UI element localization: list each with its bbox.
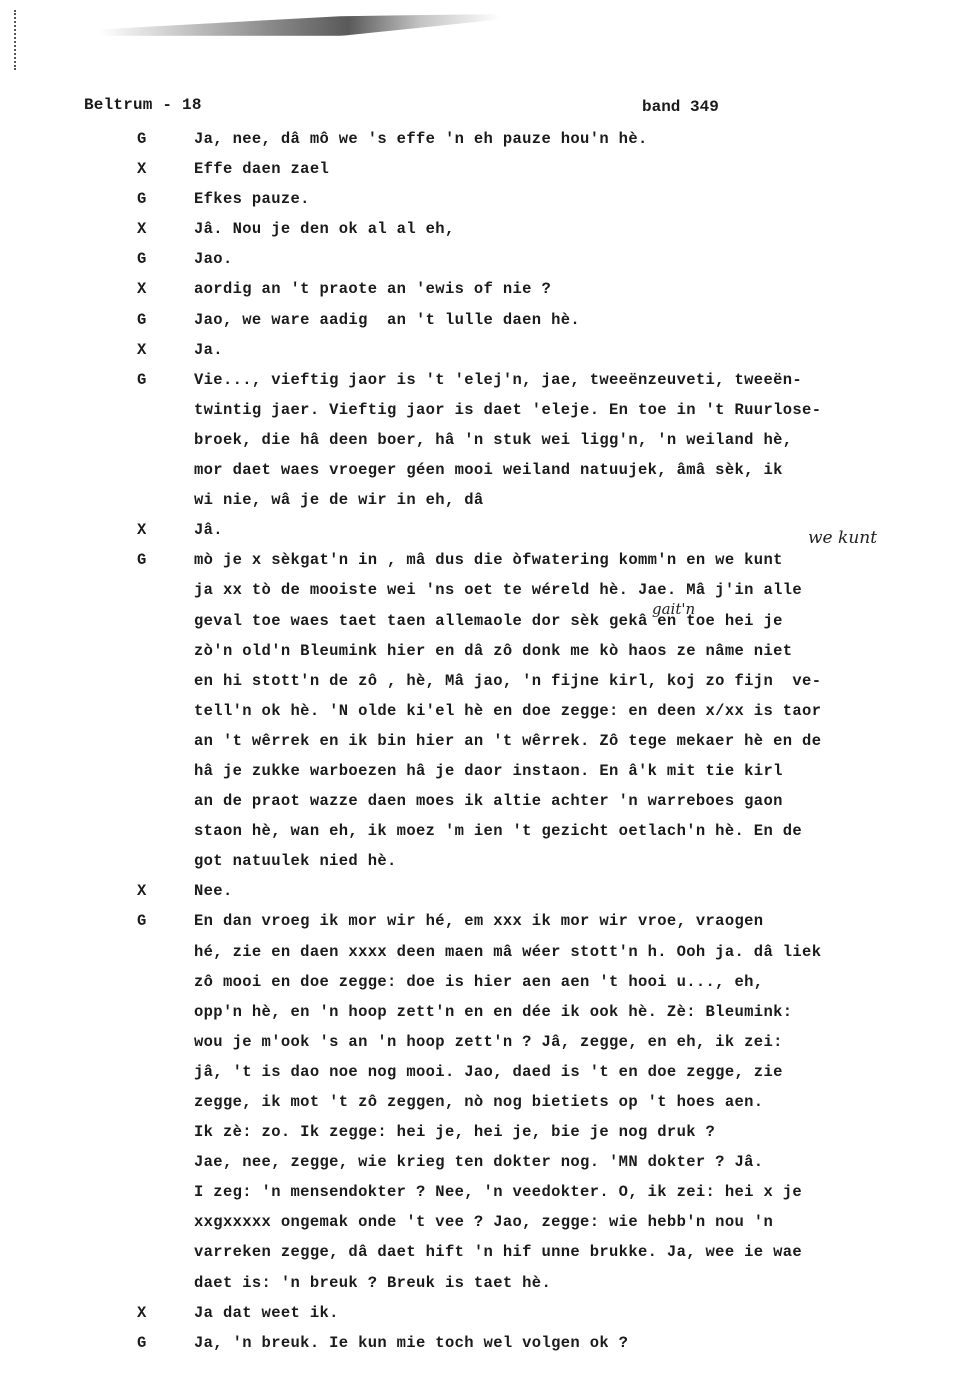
line-text: wou je m'ook 's an 'n hoop zett'n ? Jâ, … — [194, 1033, 783, 1051]
scan-smudge-artifact — [100, 14, 500, 36]
line-text: Ja, nee, dâ mô we 's effe 'n eh pauze ho… — [194, 130, 648, 148]
transcript-line: Ik zè: zo. Ik zegge: hei je, hei je, bie… — [0, 1121, 973, 1151]
transcript-line: ja xx tò de mooiste wei 'ns oet te wérel… — [0, 579, 973, 609]
transcript-line: zegge, ik mot 't zô zeggen, nò nog bieti… — [0, 1091, 973, 1121]
transcript-line: jâ, 't is dao noe nog mooi. Jao, daed is… — [0, 1061, 973, 1091]
line-text: hé, zie en daen xxxx deen maen mâ wéer s… — [194, 943, 821, 961]
transcript-line: Xaordig an 't praote an 'ewis of nie ? — [0, 278, 973, 308]
transcript-line: Gmò je x sèkgat'n in , mâ dus die òfwate… — [0, 549, 973, 579]
line-text: Ja dat weet ik. — [194, 1304, 339, 1322]
transcript-line: XEffe daen zael — [0, 158, 973, 188]
handwritten-annotation-correction: we kunt — [808, 528, 877, 548]
line-text: Ja. — [194, 341, 223, 359]
line-text: tell'n ok hè. 'N olde ki'el hè en doe ze… — [194, 702, 821, 720]
line-text: xxgxxxxx ongemak onde 't vee ? Jao, zegg… — [194, 1213, 773, 1231]
transcript-line: staon hè, wan eh, ik moez 'm ien 't gezi… — [0, 820, 973, 850]
speaker-label: G — [137, 1334, 157, 1352]
line-text: mò je x sèkgat'n in , mâ dus die òfwater… — [194, 551, 783, 569]
transcript-line: hâ je zukke warboezen hâ je daor instaon… — [0, 760, 973, 790]
speaker-label: G — [137, 190, 157, 208]
transcript-line: en hi stott'n de zô , hè, Mâ jao, 'n fij… — [0, 670, 973, 700]
speaker-label: G — [137, 551, 157, 569]
transcript-line: an 't wêrrek en ik bin hier an 't wêrrek… — [0, 730, 973, 760]
transcript-line: geval toe waes taet taen allemaole dor s… — [0, 610, 973, 640]
transcript-line: varreken zegge, dâ daet hift 'n hif unne… — [0, 1241, 973, 1271]
line-text: En dan vroeg ik mor wir hé, em xxx ik mo… — [194, 912, 763, 930]
line-text: daet is: 'n breuk ? Breuk is taet hè. — [194, 1274, 551, 1292]
speaker-label: G — [137, 250, 157, 268]
transcript-line: XJa. — [0, 339, 973, 369]
transcript-line: GJao, we ware aadig an 't lulle daen hè. — [0, 309, 973, 339]
line-text: Ja, 'n breuk. Ie kun mie toch wel volgen… — [194, 1334, 628, 1352]
transcript-line: XJâ. Nou je den ok al al eh, — [0, 218, 973, 248]
line-text: Jao, we ware aadig an 't lulle daen hè. — [194, 311, 580, 329]
line-text: Efkes pauze. — [194, 190, 310, 208]
line-text: zegge, ik mot 't zô zeggen, nò nog bieti… — [194, 1093, 763, 1111]
line-text: jâ, 't is dao noe nog mooi. Jao, daed is… — [194, 1063, 783, 1081]
line-text: twintig jaer. Vieftig jaor is daet 'elej… — [194, 401, 821, 419]
transcript-line: an de praot wazze daen moes ik altie ach… — [0, 790, 973, 820]
transcript-line: wi nie, wâ je de wir in eh, dâ — [0, 489, 973, 519]
transcript-line: daet is: 'n breuk ? Breuk is taet hè. — [0, 1272, 973, 1302]
line-text: Vie..., vieftig jaor is 't 'elej'n, jae,… — [194, 371, 802, 389]
line-text: Jâ. — [194, 521, 223, 539]
transcript-line: broek, die hâ deen boer, hâ 'n stuk wei … — [0, 429, 973, 459]
transcript-line: tell'n ok hè. 'N olde ki'el hè en doe ze… — [0, 700, 973, 730]
line-text: ja xx tò de mooiste wei 'ns oet te wérel… — [194, 581, 802, 599]
line-text: zô mooi en doe zegge: doe is hier aen ae… — [194, 973, 763, 991]
speaker-label: X — [137, 521, 157, 539]
transcript-line: GJa, nee, dâ mô we 's effe 'n eh pauze h… — [0, 128, 973, 158]
line-text: an de praot wazze daen moes ik altie ach… — [194, 792, 783, 810]
speaker-label: X — [137, 160, 157, 178]
line-text: varreken zegge, dâ daet hift 'n hif unne… — [194, 1243, 802, 1261]
line-text: got natuulek nied hè. — [194, 852, 397, 870]
line-text: aordig an 't praote an 'ewis of nie ? — [194, 280, 551, 298]
transcript-line: XNee. — [0, 880, 973, 910]
transcript-line: GJao. — [0, 248, 973, 278]
transcript-line: wou je m'ook 's an 'n hoop zett'n ? Jâ, … — [0, 1031, 973, 1061]
speaker-label: X — [137, 220, 157, 238]
transcript-line: mor daet waes vroeger géen mooi weiland … — [0, 459, 973, 489]
line-text: wi nie, wâ je de wir in eh, dâ — [194, 491, 484, 509]
line-text: opp'n hè, en 'n hoop zett'n en en dée ik… — [194, 1003, 792, 1021]
speaker-label: G — [137, 311, 157, 329]
transcript-line: opp'n hè, en 'n hoop zett'n en en dée ik… — [0, 1001, 973, 1031]
transcript-line: GJa, 'n breuk. Ie kun mie toch wel volge… — [0, 1332, 973, 1362]
transcript-line: I zeg: 'n mensendokter ? Nee, 'n veedokt… — [0, 1181, 973, 1211]
transcript-line: GVie..., vieftig jaor is 't 'elej'n, jae… — [0, 369, 973, 399]
line-text: I zeg: 'n mensendokter ? Nee, 'n veedokt… — [194, 1183, 802, 1201]
line-text: Jao. — [194, 250, 233, 268]
transcript-body: GJa, nee, dâ mô we 's effe 'n eh pauze h… — [0, 128, 973, 1362]
handwritten-annotation-insertion: gait'n — [652, 600, 695, 618]
line-text: en hi stott'n de zô , hè, Mâ jao, 'n fij… — [194, 672, 821, 690]
transcript-line: zô mooi en doe zegge: doe is hier aen ae… — [0, 971, 973, 1001]
line-text: Nee. — [194, 882, 233, 900]
page-header: Beltrum - 18 band 349 — [84, 96, 973, 120]
transcript-line: twintig jaer. Vieftig jaor is daet 'elej… — [0, 399, 973, 429]
transcript-line: GEfkes pauze. — [0, 188, 973, 218]
speaker-label: G — [137, 371, 157, 389]
speaker-label: X — [137, 341, 157, 359]
line-text: hâ je zukke warboezen hâ je daor instaon… — [194, 762, 783, 780]
speaker-label: G — [137, 130, 157, 148]
speaker-label: X — [137, 882, 157, 900]
line-text: staon hè, wan eh, ik moez 'm ien 't gezi… — [194, 822, 802, 840]
line-text: broek, die hâ deen boer, hâ 'n stuk wei … — [194, 431, 792, 449]
transcript-line: Jae, nee, zegge, wie krieg ten dokter no… — [0, 1151, 973, 1181]
line-text: Jae, nee, zegge, wie krieg ten dokter no… — [194, 1153, 763, 1171]
transcript-line: GEn dan vroeg ik mor wir hé, em xxx ik m… — [0, 910, 973, 940]
transcript-line: XJa dat weet ik. — [0, 1302, 973, 1332]
speaker-label: G — [137, 912, 157, 930]
line-text: Ik zè: zo. Ik zegge: hei je, hei je, bie… — [194, 1123, 715, 1141]
line-text: Effe daen zael — [194, 160, 329, 178]
transcript-line: xxgxxxxx ongemak onde 't vee ? Jao, zegg… — [0, 1211, 973, 1241]
tape-label: band 349 — [642, 98, 719, 116]
line-text: mor daet waes vroeger géen mooi weiland … — [194, 461, 783, 479]
location-label: Beltrum - 18 — [84, 96, 202, 114]
scan-edge-mark — [14, 10, 18, 70]
line-text: zò'n old'n Bleumink hier en dâ zô donk m… — [194, 642, 792, 660]
transcript-line: zò'n old'n Bleumink hier en dâ zô donk m… — [0, 640, 973, 670]
speaker-label: X — [137, 1304, 157, 1322]
transcript-line: got natuulek nied hè. — [0, 850, 973, 880]
speaker-label: X — [137, 280, 157, 298]
line-text: an 't wêrrek en ik bin hier an 't wêrrek… — [194, 732, 821, 750]
line-text: Jâ. Nou je den ok al al eh, — [194, 220, 455, 238]
transcript-line: hé, zie en daen xxxx deen maen mâ wéer s… — [0, 941, 973, 971]
